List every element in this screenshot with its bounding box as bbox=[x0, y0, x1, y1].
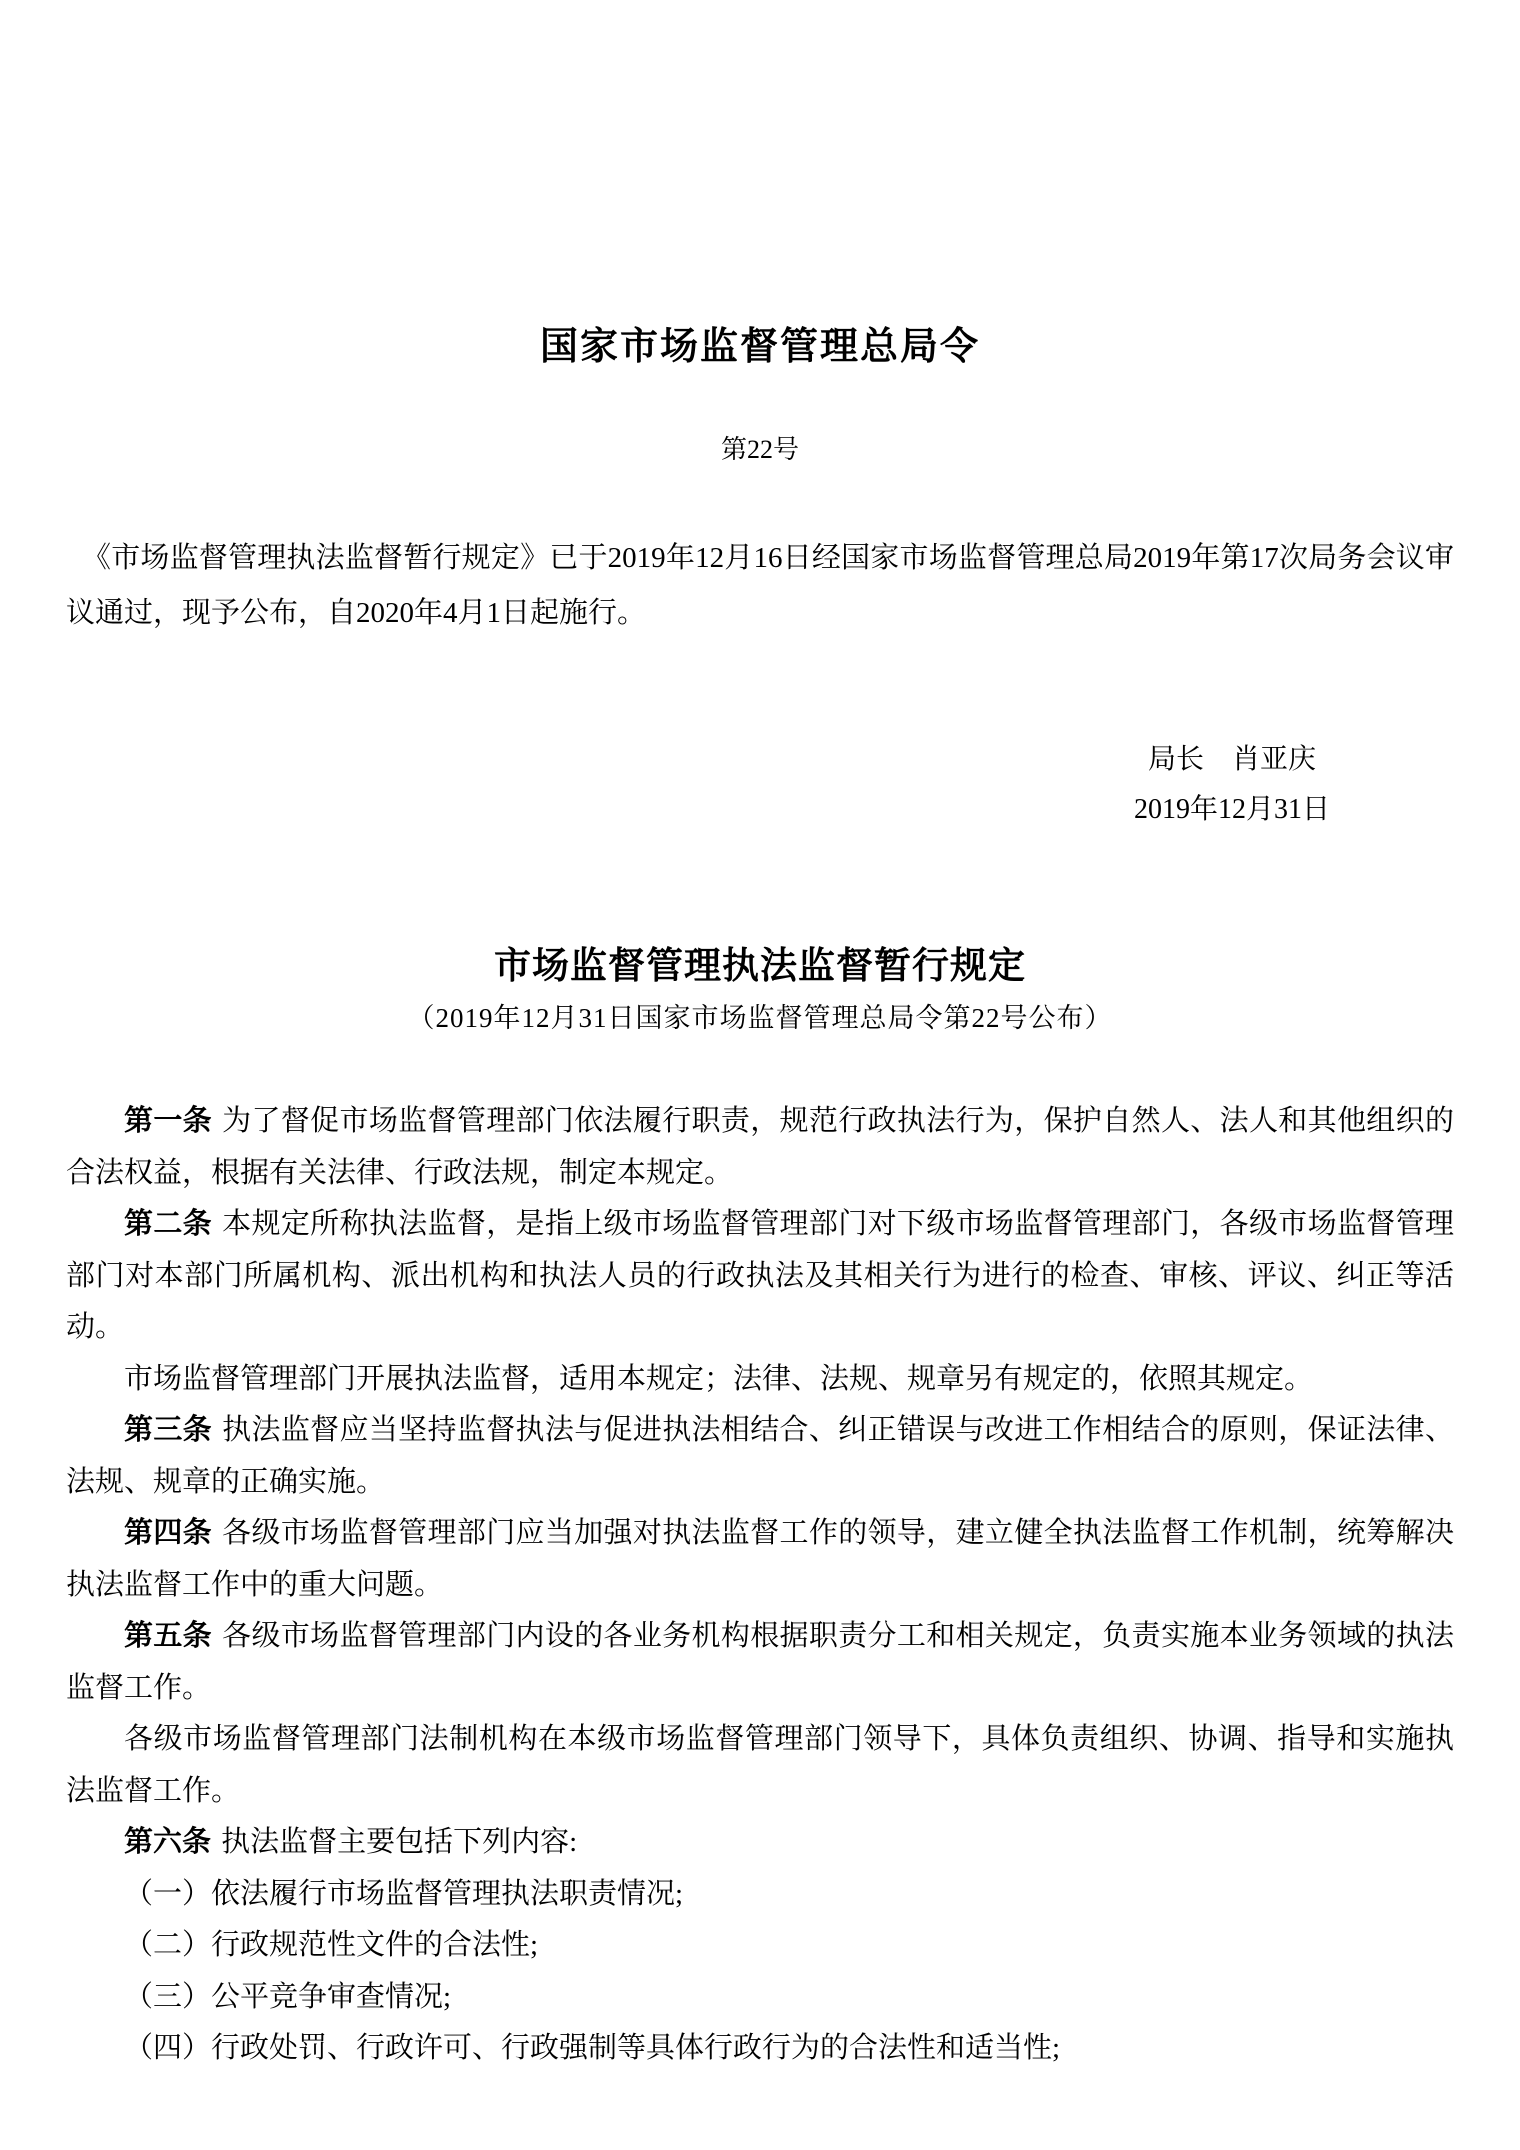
document-page: 国家市场监督管理总局令 第22号 《市场监督管理执法监督暂行规定》已于2019年… bbox=[0, 0, 1520, 2150]
article-paragraph: 第四条各级市场监督管理部门应当加强对执法监督工作的领导，建立健全执法监督工作机制… bbox=[66, 1508, 1454, 1611]
signature-signer: 局长 肖亚庆 bbox=[1134, 735, 1330, 785]
article-text: （二）行政规范性文件的合法性; bbox=[124, 1929, 538, 1961]
article-text: 为了督促市场监督管理部门依法履行职责，规范行政执法行为，保护自然人、法人和其他组… bbox=[66, 1105, 1454, 1189]
order-issue-number: 第22号 bbox=[66, 437, 1454, 463]
article-text: 市场监督管理部门开展执法监督，适用本规定；法律、法规、规章另有规定的，依照其规定… bbox=[124, 1363, 1313, 1395]
signature-inner: 局长 肖亚庆 2019年12月31日 bbox=[1134, 735, 1330, 835]
article-label: 第四条 bbox=[124, 1517, 212, 1549]
article-paragraph: （一）依法履行市场监督管理执法职责情况; bbox=[66, 1869, 1454, 1921]
article-text: 各级市场监督管理部门应当加强对执法监督工作的领导，建立健全执法监督工作机制，统筹… bbox=[66, 1517, 1454, 1601]
article-label: 第五条 bbox=[124, 1620, 212, 1652]
article-text: （四）行政处罚、行政许可、行政强制等具体行政行为的合法性和适当性; bbox=[124, 2032, 1060, 2064]
publication-paragraph: 《市场监督管理执法监督暂行规定》已于2019年12月16日经国家市场监督管理总局… bbox=[66, 531, 1454, 641]
article-paragraph: 各级市场监督管理部门法制机构在本级市场监督管理部门领导下，具体负责组织、协调、指… bbox=[66, 1714, 1454, 1817]
article-paragraph: 第二条本规定所称执法监督，是指上级市场监督管理部门对下级市场监督管理部门，各级市… bbox=[66, 1199, 1454, 1354]
signature-block: 局长 肖亚庆 2019年12月31日 bbox=[66, 735, 1454, 835]
article-paragraph: 第六条执法监督主要包括下列内容: bbox=[66, 1817, 1454, 1869]
article-paragraph: （二）行政规范性文件的合法性; bbox=[66, 1920, 1454, 1972]
article-label: 第三条 bbox=[124, 1414, 212, 1446]
article-label: 第六条 bbox=[124, 1826, 211, 1858]
article-text: 本规定所称执法监督，是指上级市场监督管理部门对下级市场监督管理部门，各级市场监督… bbox=[66, 1208, 1454, 1343]
article-paragraph: 第三条执法监督应当坚持监督执法与促进执法相结合、纠正错误与改进工作相结合的原则，… bbox=[66, 1405, 1454, 1508]
article-text: 执法监督应当坚持监督执法与促进执法相结合、纠正错误与改进工作相结合的原则，保证法… bbox=[66, 1414, 1454, 1498]
article-label: 第一条 bbox=[124, 1105, 212, 1137]
article-text: 各级市场监督管理部门内设的各业务机构根据职责分工和相关规定，负责实施本业务领域的… bbox=[66, 1620, 1454, 1704]
order-title: 国家市场监督管理总局令 bbox=[66, 328, 1454, 366]
regulation-title: 市场监督管理执法监督暂行规定 bbox=[66, 948, 1454, 985]
article-text: （一）依法履行市场监督管理执法职责情况; bbox=[124, 1878, 683, 1910]
article-paragraph: 市场监督管理部门开展执法监督，适用本规定；法律、法规、规章另有规定的，依照其规定… bbox=[66, 1354, 1454, 1406]
article-text: 执法监督主要包括下列内容: bbox=[221, 1826, 577, 1858]
article-paragraph: （四）行政处罚、行政许可、行政强制等具体行政行为的合法性和适当性; bbox=[66, 2023, 1454, 2075]
article-text: （三）公平竞争审查情况; bbox=[124, 1981, 451, 2013]
article-paragraph: 第一条为了督促市场监督管理部门依法履行职责，规范行政执法行为，保护自然人、法人和… bbox=[66, 1096, 1454, 1199]
article-paragraph: （三）公平竞争审查情况; bbox=[66, 1972, 1454, 2024]
article-text: 各级市场监督管理部门法制机构在本级市场监督管理部门领导下，具体负责组织、协调、指… bbox=[66, 1723, 1454, 1807]
signature-date: 2019年12月31日 bbox=[1134, 785, 1330, 835]
article-paragraph: 第五条各级市场监督管理部门内设的各业务机构根据职责分工和相关规定，负责实施本业务… bbox=[66, 1611, 1454, 1714]
regulation-subtitle: （2019年12月31日国家市场监督管理总局令第22号公布） bbox=[66, 1005, 1454, 1032]
document-content: 国家市场监督管理总局令 第22号 《市场监督管理执法监督暂行规定》已于2019年… bbox=[0, 328, 1520, 2075]
article-list: 第一条为了督促市场监督管理部门依法履行职责，规范行政执法行为，保护自然人、法人和… bbox=[66, 1096, 1454, 2075]
article-label: 第二条 bbox=[124, 1208, 212, 1240]
